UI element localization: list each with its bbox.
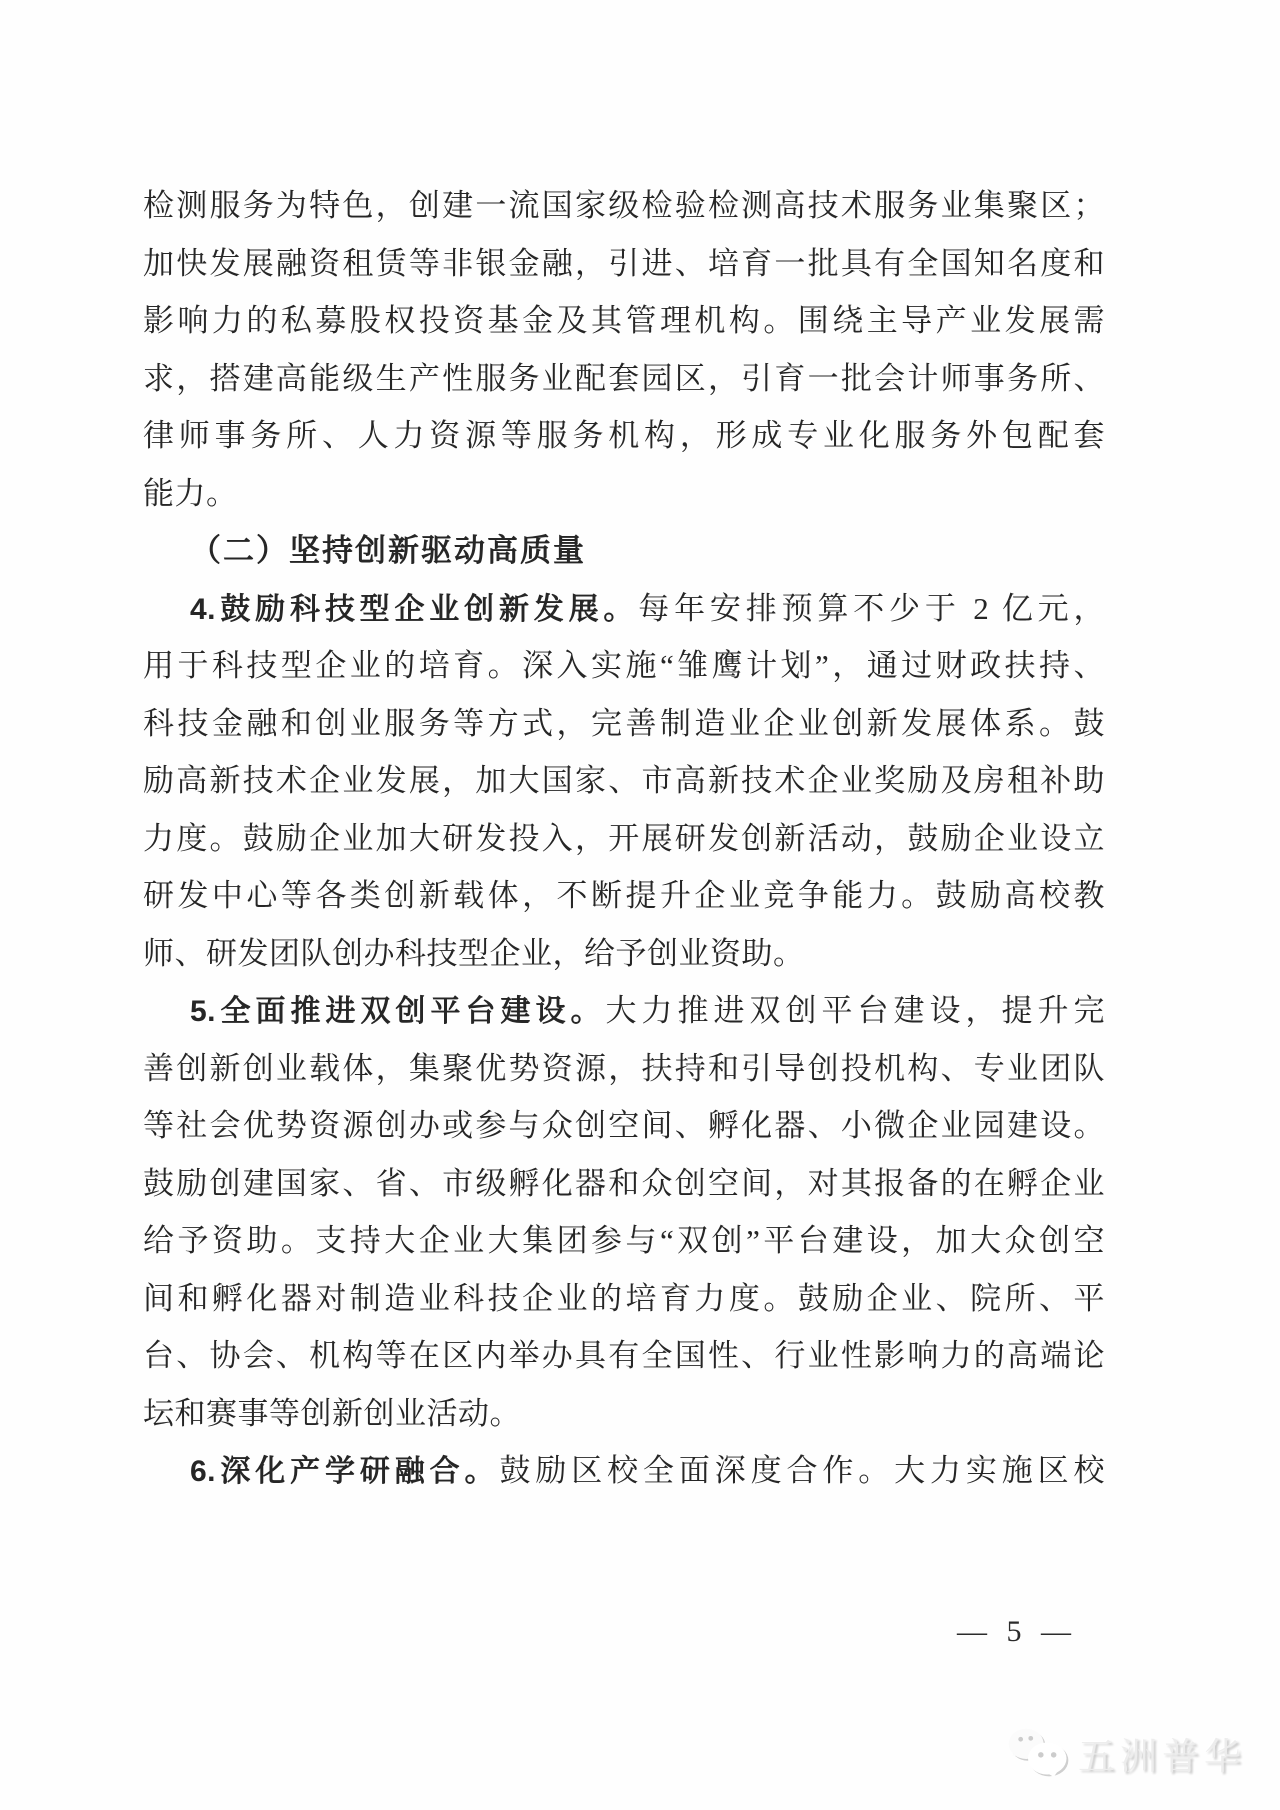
item-number-lead: 4.鼓励科技型企业创新发展。 [190, 593, 638, 626]
text-line: 6.深化产学研融合。鼓励区校全面深度合作。大力实施区校 [143, 1442, 1105, 1500]
text-line: 加快发展融资租赁等非银金融，引进、培育一批具有全国知名度和 [143, 235, 1105, 293]
text-line: 力度。鼓励企业加大研发投入，开展研发创新活动，鼓励企业设立 [143, 810, 1105, 868]
text-line: 励高新技术企业发展，加大国家、市高新技术企业奖励及房租补助 [143, 752, 1105, 810]
text-line: 5.全面推进双创平台建设。大力推进双创平台建设，提升完 [143, 982, 1105, 1040]
text-line: 4.鼓励科技型企业创新发展。每年安排预算不少于 2 亿元， [143, 580, 1105, 638]
watermark: 五洲普华 [1006, 1723, 1246, 1783]
item-number-lead: 6.深化产学研融合。 [190, 1455, 499, 1488]
text-line: 影响力的私募股权投资基金及其管理机构。围绕主导产业发展需 [143, 292, 1105, 350]
text-line: 律师事务所、人力资源等服务机构，形成专业化服务外包配套 [143, 407, 1105, 465]
text-line: 研发中心等各类创新载体，不断提升企业竞争能力。鼓励高校教 [143, 867, 1105, 925]
text-line: 给予资助。支持大企业大集团参与“双创”平台建设，加大众创空 [143, 1212, 1105, 1270]
section-heading: （二）坚持创新驱动高质量 [143, 522, 1105, 580]
watermark-text: 五洲普华 [1078, 1726, 1246, 1780]
line-text: 鼓励区校全面深度合作。大力实施区校 [499, 1453, 1105, 1488]
wechat-icon [1006, 1723, 1072, 1783]
document-body: 检测服务为特色，创建一流国家级检验检测高技术服务业集聚区；加快发展融资租赁等非银… [143, 177, 1105, 1500]
text-line: 科技金融和创业服务等方式，完善制造业企业创新发展体系。鼓 [143, 695, 1105, 753]
text-line: 师、研发团队创办科技型企业，给予创业资助。 [143, 925, 1105, 983]
text-line: 间和孵化器对制造业科技企业的培育力度。鼓励企业、院所、平 [143, 1270, 1105, 1328]
text-line: 用于科技型企业的培育。深入实施“雏鹰计划”，通过财政扶持、 [143, 637, 1105, 695]
line-text: 每年安排预算不少于 2 亿元， [638, 591, 1105, 626]
item-number-lead: 5.全面推进双创平台建设。 [190, 995, 606, 1028]
page-number: — 5 — [143, 1615, 1105, 1649]
text-line: 鼓励创建国家、省、市级孵化器和众创空间，对其报备的在孵企业 [143, 1155, 1105, 1213]
text-line: 检测服务为特色，创建一流国家级检验检测高技术服务业集聚区； [143, 177, 1105, 235]
text-line: 求，搭建高能级生产性服务业配套园区，引育一批会计师事务所、 [143, 350, 1105, 408]
text-line: 台、协会、机构等在区内举办具有全国性、行业性影响力的高端论 [143, 1327, 1105, 1385]
line-text: 大力推进双创平台建设，提升完 [606, 993, 1105, 1028]
document-page: 检测服务为特色，创建一流国家级检验检测高技术服务业集聚区；加快发展融资租赁等非银… [0, 0, 1280, 1810]
text-line: 能力。 [143, 465, 1105, 523]
text-line: 坛和赛事等创新创业活动。 [143, 1385, 1105, 1443]
text-line: 等社会优势资源创办或参与众创空间、孵化器、小微企业园建设。 [143, 1097, 1105, 1155]
text-line: 善创新创业载体，集聚优势资源，扶持和引导创投机构、专业团队 [143, 1040, 1105, 1098]
